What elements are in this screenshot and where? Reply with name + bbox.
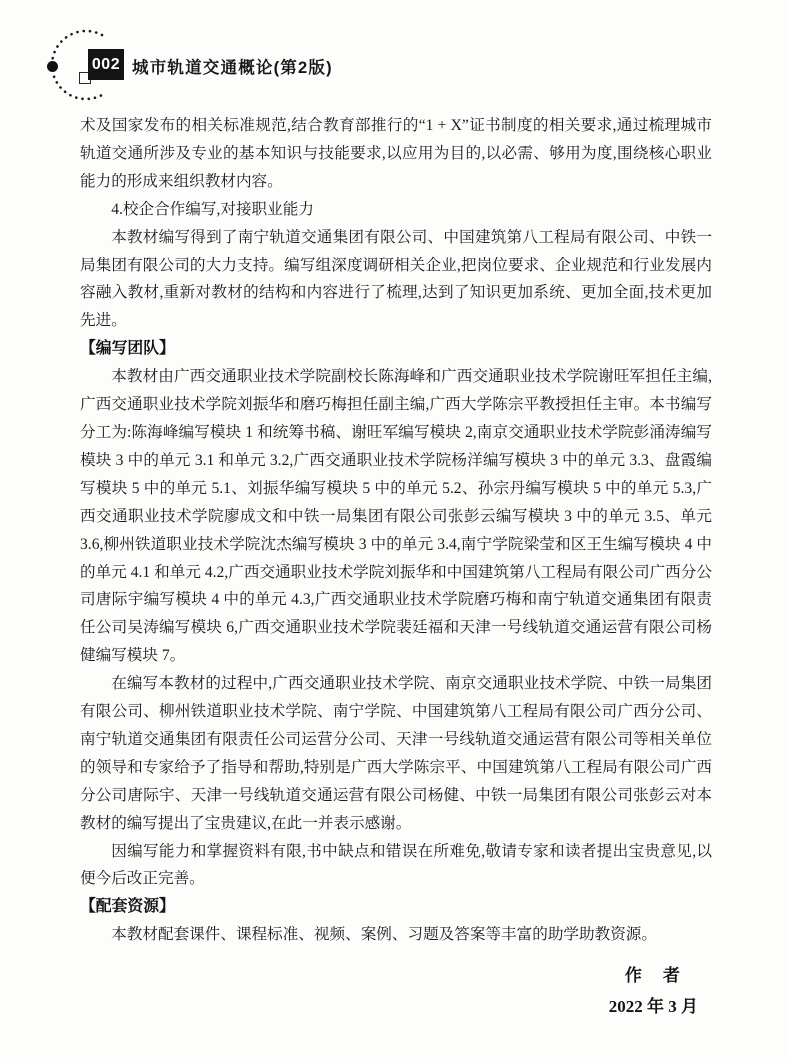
section-heading-editorial-team: 【编写团队】: [80, 335, 712, 363]
paragraph-apology: 因编写能力和掌握资料有限,书中缺点和错误在所难免,敬请专家和读者提出宝贵意见,以…: [80, 838, 712, 894]
signature-block: 作 者 2022 年 3 月: [609, 961, 698, 1022]
paragraph-acknowledgements: 在编写本教材的过程中,广西交通职业技术学院、南京交通职业技术学院、中铁一局集团有…: [80, 670, 712, 837]
paragraph-standards-continuation: 术及国家发布的相关标准规范,结合教育部推行的“1 + X”证书制度的相关要求,通…: [80, 112, 712, 196]
bullet-dot-icon: [47, 61, 58, 72]
section-heading-resources: 【配套资源】: [80, 893, 712, 921]
author-signature: 作 者: [609, 961, 698, 991]
subheading-item-4: 4.校企合作编写,对接职业能力: [80, 196, 712, 224]
publish-date: 2022 年 3 月: [609, 991, 698, 1022]
book-title: 城市轨道交通概论(第2版): [132, 54, 333, 78]
paragraph-editorial-team: 本教材由广西交通职业技术学院副校长陈海峰和广西交通职业技术学院谢旺军担任主编,广…: [80, 363, 712, 670]
book-page: 002 城市轨道交通概论(第2版) 术及国家发布的相关标准规范,结合教育部推行的…: [0, 0, 790, 1058]
page-body: 术及国家发布的相关标准规范,结合教育部推行的“1 + X”证书制度的相关要求,通…: [80, 112, 712, 949]
page-header: 002 城市轨道交通概论(第2版): [0, 0, 790, 110]
page-number-badge: 002: [88, 49, 124, 80]
paragraph-resources: 本教材配套课件、课程标准、视频、案例、习题及答案等丰富的助学助教资源。: [80, 921, 712, 949]
paragraph-company-support: 本教材编写得到了南宁轨道交通集团有限公司、中国建筑第八工程局有限公司、中铁一局集…: [80, 224, 712, 336]
